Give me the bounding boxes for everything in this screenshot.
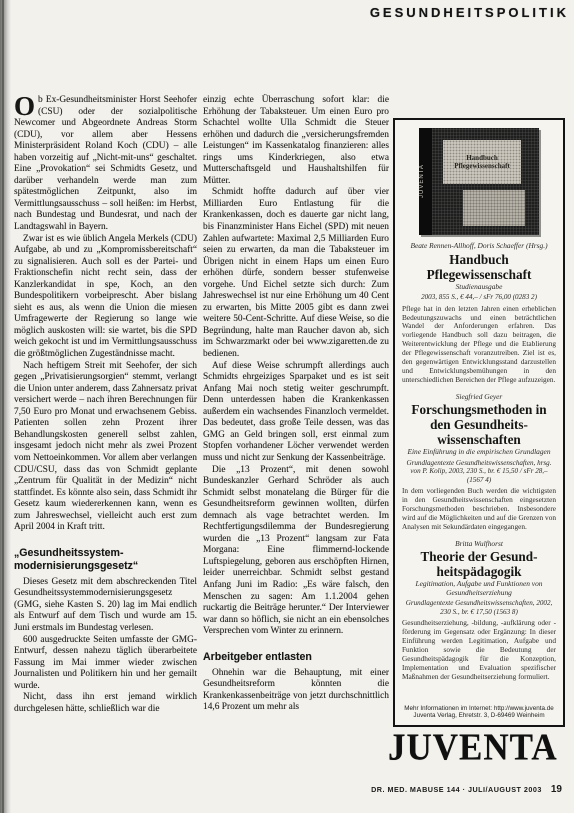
book-cover-spine-label: JUVENTA — [419, 128, 432, 235]
book-author: Siegfried Geyer — [402, 393, 556, 402]
book-cover-image: JUVENTA Handbuch Pflegewissenschaft — [419, 128, 539, 235]
paragraph: Nach heftigem Streit mit Seehofer, der s… — [14, 361, 197, 534]
publisher-logo: JUVENTA — [388, 726, 566, 769]
section-header: GESUNDHEITSPOLITIK — [370, 5, 569, 20]
ad-contact-address: Juventa Verlag, Ehretstr. 3, D-69469 Wei… — [402, 712, 556, 720]
book-bibliography: Grundlagentexte Gesundheitswissenschafte… — [402, 459, 556, 484]
article-column-2: einzig echte Überraschung sofort klar: d… — [203, 95, 389, 714]
paragraph: Schmidt hoffte dadurch auf über vier Mil… — [203, 187, 389, 360]
book-description: In dem vorliegenden Buch werden die wich… — [402, 487, 556, 532]
drop-cap: O — [14, 95, 38, 117]
book-bibliography: Grundlagentexte Gesundheitswissenschafte… — [402, 599, 556, 616]
book-description: Gesundheitserziehung, -bildung, -aufklär… — [402, 619, 556, 681]
magazine-page-scan: GESUNDHEITSPOLITIK Ob Ex-Gesundheitsmini… — [0, 0, 574, 813]
book-listing: Siegfried Geyer Forschungsmethoden in de… — [402, 393, 556, 532]
paragraph: einzig echte Überraschung sofort klar: d… — [203, 95, 389, 187]
page-binding-line — [2, 0, 4, 813]
book-author: Beate Rennen-Allhoff, Doris Schaeffer (H… — [402, 242, 556, 251]
book-cover-title: Handbuch Pflegewissenschaft — [443, 140, 521, 184]
book-subtitle: Legitimation, Aufgabe und Funktionen von… — [402, 580, 556, 597]
ad-contact-url: Mehr Informationen im Internet: http://w… — [402, 705, 556, 713]
paragraph-lead-text: b Ex-Gesundheitsminister Horst Seehofer … — [14, 95, 197, 232]
paragraph: Ohnehin war die Behauptung, mit einer Ge… — [203, 668, 389, 714]
paragraph: Auf diese Weise schrumpft allerdings auc… — [203, 361, 389, 465]
subheading-arbeitgeber: Arbeitgeber entlasten — [203, 651, 389, 664]
page-number: 19 — [551, 784, 562, 795]
juventa-ad-box: JUVENTA Handbuch Pflegewissenschaft Beat… — [393, 118, 565, 727]
paragraph: Die „13 Prozent“, mit denen sowohl Bunde… — [203, 465, 389, 638]
book-bibliography: 2003, 855 S., € 44,– / sFr 76,00 (0283 2… — [402, 293, 556, 301]
book-listing: Beate Rennen-Allhoff, Doris Schaeffer (H… — [402, 242, 556, 385]
paragraph: Nicht, dass ihn erst jemand wirklich dur… — [14, 692, 197, 715]
paragraph: 600 ausgedruckte Seiten umfasste der GMG… — [14, 635, 197, 693]
ad-contact-block: Mehr Informationen im Internet: http://w… — [402, 705, 556, 720]
book-subtitle: Studienausgabe — [402, 283, 556, 292]
book-subtitle: Eine Einführung in die empirischen Grund… — [402, 448, 556, 457]
paragraph-lead: Ob Ex-Gesundheitsminister Horst Seehofer… — [14, 95, 197, 234]
book-title: Forschungsmethoden in den Gesundheits­wi… — [402, 402, 556, 447]
page-footer: DR. MED. MABUSE 144 · JULI/AUGUST 2003 1… — [371, 784, 562, 795]
book-title: Handbuch Pflegewissenschaft — [402, 252, 556, 282]
subheading-gmg: „Gesundheitssystem-modernisierungsgesetz… — [14, 547, 197, 573]
paragraph: Zwar ist es wie üblich Angela Merkels (C… — [14, 234, 197, 361]
article-column-1: Ob Ex-Gesundheitsminister Horst Seehofer… — [14, 95, 197, 715]
journal-issue-line: DR. MED. MABUSE 144 · JULI/AUGUST 2003 — [371, 785, 542, 794]
book-author: Britta Wulfhorst — [402, 540, 556, 549]
book-description: Pflege hat in den letzten Jahren einen e… — [402, 305, 556, 385]
paragraph: Dieses Gesetz mit dem abschreckenden Tit… — [14, 577, 197, 635]
book-title: Theorie der Gesund­heitspädagogik — [402, 549, 556, 579]
book-listing: Britta Wulfhorst Theorie der Gesund­heit… — [402, 540, 556, 682]
book-cover-photo-block — [463, 190, 525, 226]
